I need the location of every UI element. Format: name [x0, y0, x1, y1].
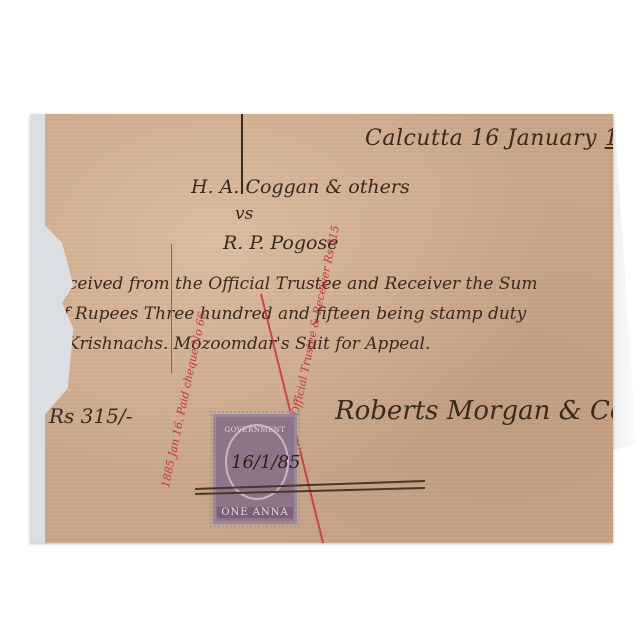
- stamp-top-text: GOVERNMENT: [213, 426, 297, 434]
- revenue-stamp: GOVERNMENT 16/1/85 ONE ANNA: [213, 414, 297, 524]
- receipt-paper: Calcutta 16 January 1885 H. A. Coggan & …: [45, 114, 613, 543]
- signature: Roberts Morgan & Co: [335, 396, 613, 426]
- year: 1885: [605, 126, 613, 151]
- stamp-value: ONE ANNA: [217, 507, 293, 518]
- body-line-2: of Rupees Three hundred and fifteen bein…: [53, 304, 526, 324]
- place-date: Calcutta 16 January 1885: [365, 126, 613, 151]
- versus: vs: [235, 204, 253, 224]
- plaintiff: H. A. Coggan & others: [191, 176, 410, 198]
- amount: Rs 315/-: [49, 404, 132, 428]
- body-line-1: Received from the Official Trustee and R…: [45, 274, 538, 294]
- body-line-3: in Krishnachs. Mozoomdar's Suit for Appe…: [45, 334, 430, 354]
- greeting-card-front: Calcutta 16 January 1885 H. A. Coggan & …: [30, 114, 613, 543]
- stamp-cancel-mark: 16/1/85: [231, 452, 300, 473]
- defendant: R. P. Pogose: [223, 232, 338, 254]
- red-vertical-line: [171, 244, 172, 374]
